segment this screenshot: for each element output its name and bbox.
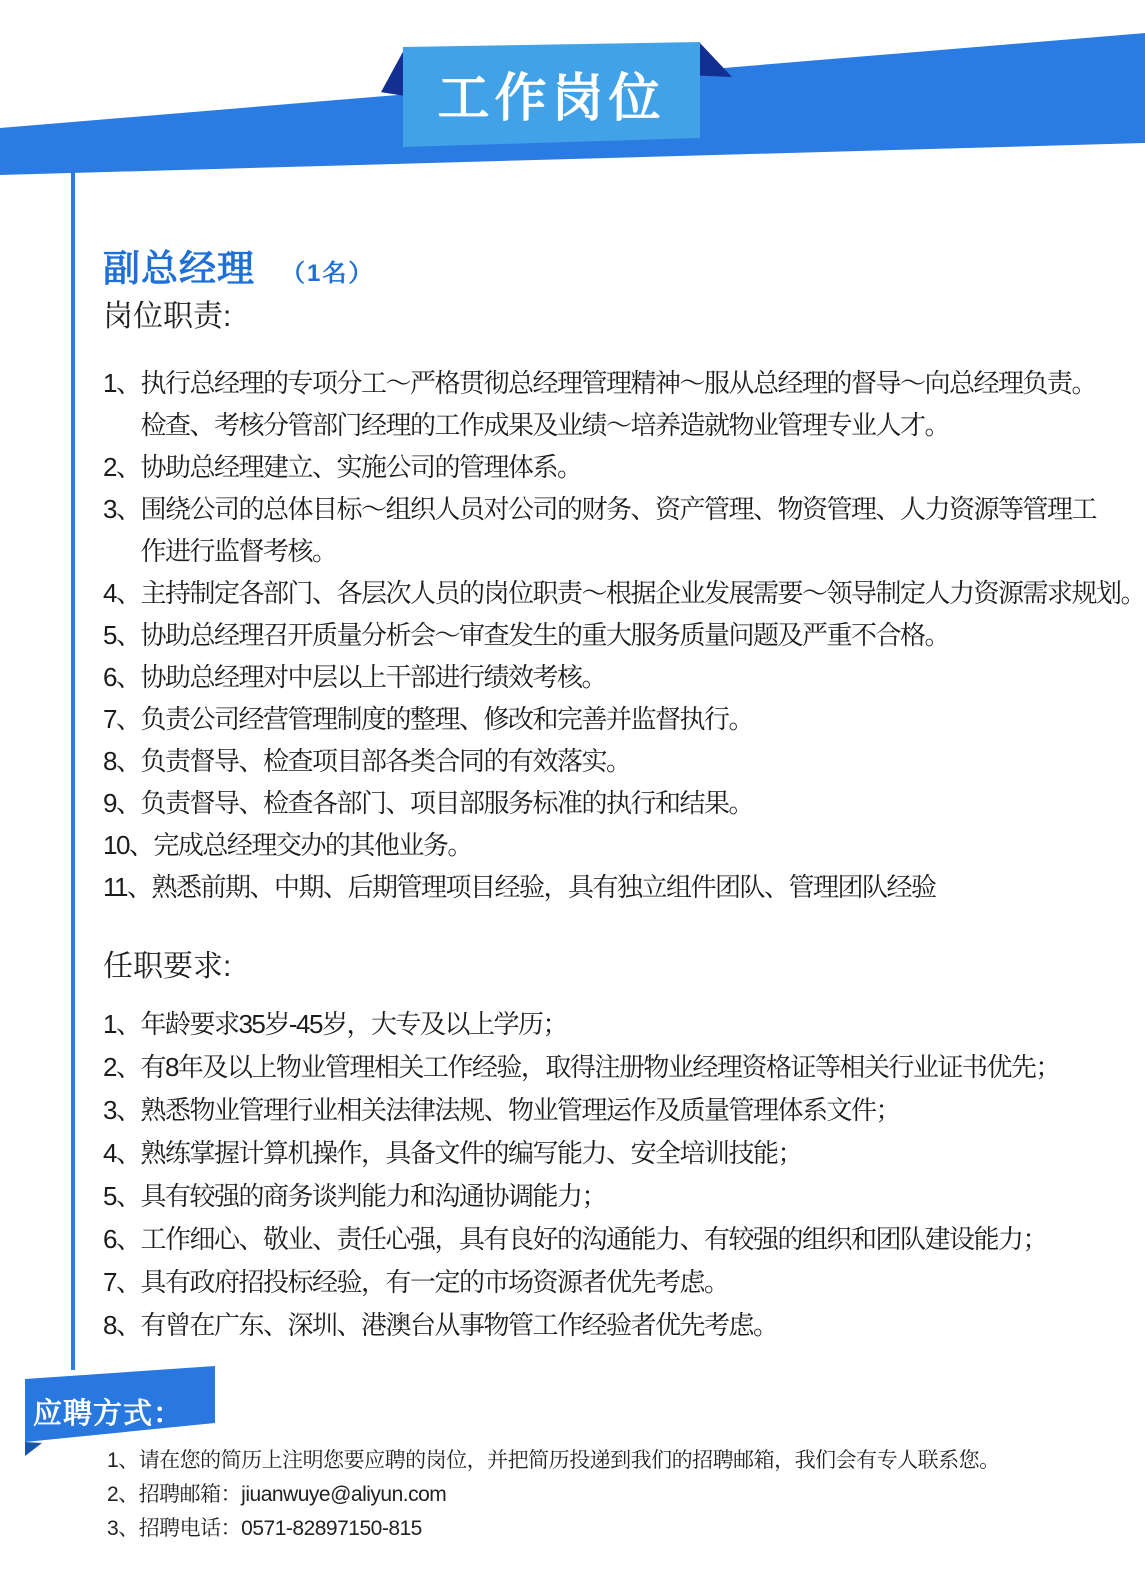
item-text: 主持制定各部门、各层次人员的岗位职责～根据企业发展需要～领导制定人力资源需求规划… (140, 572, 1115, 614)
item-text: 负责公司经营管理制度的整理、修改和完善并监督执行。 (140, 698, 1115, 740)
requirement-item: 5、 具有较强的商务谈判能力和沟通协调能力； (103, 1175, 1115, 1218)
requirement-item: 4、 熟练掌握计算机操作，具备文件的编写能力、安全培训技能； (103, 1132, 1115, 1175)
item-text: 熟悉物业管理行业相关法律法规、物业管理运作及质量管理体系文件； (140, 1089, 1115, 1132)
item-text: 熟悉前期、中期、后期管理项目经验，具有独立组件团队、管理团队经验 (152, 866, 1116, 908)
item-text: 具有较强的商务谈判能力和沟通协调能力； (140, 1175, 1115, 1218)
item-number: 3、 (103, 488, 140, 530)
requirement-item: 1、 年龄要求35岁-45岁，大专及以上学历； (103, 1003, 1115, 1046)
job-title-row: 副总经理 （1名） (103, 238, 1115, 280)
responsibility-item: 4、 主持制定各部门、各层次人员的岗位职责～根据企业发展需要～领导制定人力资源需… (103, 572, 1115, 614)
item-text: 工作细心、敬业、责任心强，具有良好的沟通能力、有较强的组织和团队建设能力； (140, 1218, 1115, 1261)
text-line: 负责公司经营管理制度的整理、修改和完善并监督执行。 (140, 698, 1115, 740)
item-text: 协助总经理召开质量分析会～审查发生的重大服务质量问题及严重不合格。 (140, 614, 1115, 656)
text-line: 协助总经理对中层以上干部进行绩效考核。 (140, 656, 1115, 698)
text-line: 负责督导、检查项目部各类合同的有效落实。 (140, 740, 1115, 782)
item-number: 3、 (107, 1512, 139, 1546)
item-number: 3、 (103, 1089, 140, 1132)
text-line: 围绕公司的总体目标～组织人员对公司的财务、资产管理、物资管理、人力资源等管理工 (140, 488, 1115, 530)
responsibility-item: 5、 协助总经理召开质量分析会～审查发生的重大服务质量问题及严重不合格。 (103, 614, 1115, 656)
item-number: 8、 (103, 1304, 140, 1347)
item-text: 熟练掌握计算机操作，具备文件的编写能力、安全培训技能； (140, 1132, 1115, 1175)
text-line: 年龄要求35岁-45岁，大专及以上学历； (140, 1003, 1115, 1046)
text-line: 有8年及以上物业管理相关工作经验，取得注册物业经理资格证等相关行业证书优先； (140, 1046, 1115, 1089)
text-line: 负责督导、检查各部门、项目部服务标准的执行和结果。 (140, 782, 1115, 824)
item-number: 8、 (103, 740, 140, 782)
text-line: 执行总经理的专项分工～严格贯彻总经理管理精神～服从总经理的督导～向总经理负责。 (140, 362, 1115, 404)
item-number: 1、 (103, 362, 140, 404)
item-number: 7、 (103, 1261, 140, 1304)
job-headcount: （1名） (281, 253, 374, 288)
requirements-heading: 任职要求: (103, 948, 1115, 986)
responsibility-item: 8、 负责督导、检查项目部各类合同的有效落实。 (103, 740, 1115, 782)
text-line: 招聘电话：0571-82897150-815 (139, 1512, 1117, 1546)
banner-title: 工作岗位 (437, 56, 665, 131)
text-line: 熟悉前期、中期、后期管理项目经验，具有独立组件团队、管理团队经验 (152, 866, 1116, 908)
apply-note-item: 1、 请在您的简历上注明您要应聘的岗位，并把简历投递到我们的招聘邮箱，我们会有专… (107, 1444, 1117, 1478)
responsibilities-heading: 岗位职责: (103, 298, 1115, 336)
item-text: 协助总经理建立、实施公司的管理体系。 (140, 446, 1115, 488)
responsibility-item: 2、 协助总经理建立、实施公司的管理体系。 (103, 446, 1115, 488)
text-line: 有曾在广东、深圳、港澳台从事物管工作经验者优先考虑。 (140, 1304, 1115, 1347)
item-text: 招聘电话：0571-82897150-815 (139, 1512, 1117, 1546)
text-line: 招聘邮箱：jiuanwuye@aliyun.com (139, 1478, 1117, 1512)
item-text: 具有政府招投标经验，有一定的市场资源者优先考虑。 (140, 1261, 1115, 1304)
text-line: 作进行监督考核。 (140, 530, 1115, 572)
banner-title-box: 工作岗位 (403, 42, 700, 148)
apply-method-label: 应聘方式： (25, 1391, 183, 1432)
item-number: 2、 (103, 446, 140, 488)
item-text: 完成总经理交办的其他业务。 (153, 824, 1115, 866)
text-line: 协助总经理建立、实施公司的管理体系。 (140, 446, 1115, 488)
responsibilities-list: 1、 执行总经理的专项分工～严格贯彻总经理管理精神～服从总经理的督导～向总经理负… (103, 362, 1115, 908)
requirement-item: 7、 具有政府招投标经验，有一定的市场资源者优先考虑。 (103, 1261, 1115, 1304)
item-number: 10、 (103, 824, 153, 866)
main-content: 副总经理 （1名） 岗位职责: 1、 执行总经理的专项分工～严格贯彻总经理管理精… (103, 238, 1115, 1347)
item-text: 请在您的简历上注明您要应聘的岗位，并把简历投递到我们的招聘邮箱，我们会有专人联系… (139, 1444, 1117, 1478)
text-line: 请在您的简历上注明您要应聘的岗位，并把简历投递到我们的招聘邮箱，我们会有专人联系… (139, 1444, 1117, 1478)
item-text: 有曾在广东、深圳、港澳台从事物管工作经验者优先考虑。 (140, 1304, 1115, 1347)
text-line: 具有政府招投标经验，有一定的市场资源者优先考虑。 (140, 1261, 1115, 1304)
responsibility-item: 7、 负责公司经营管理制度的整理、修改和完善并监督执行。 (103, 698, 1115, 740)
item-number: 11、 (103, 866, 152, 908)
text-line: 工作细心、敬业、责任心强，具有良好的沟通能力、有较强的组织和团队建设能力； (140, 1218, 1115, 1261)
item-number: 1、 (107, 1444, 139, 1478)
requirement-item: 8、 有曾在广东、深圳、港澳台从事物管工作经验者优先考虑。 (103, 1304, 1115, 1347)
item-number: 4、 (103, 572, 140, 614)
banner-fold-left (381, 48, 405, 96)
item-number: 5、 (103, 614, 140, 656)
responsibility-item: 11、 熟悉前期、中期、后期管理项目经验，具有独立组件团队、管理团队经验 (103, 866, 1115, 908)
item-text: 负责督导、检查各部门、项目部服务标准的执行和结果。 (140, 782, 1115, 824)
apply-note-item: 2、 招聘邮箱：jiuanwuye@aliyun.com (107, 1478, 1117, 1512)
responsibility-item: 9、 负责督导、检查各部门、项目部服务标准的执行和结果。 (103, 782, 1115, 824)
item-text: 有8年及以上物业管理相关工作经验，取得注册物业经理资格证等相关行业证书优先； (140, 1046, 1115, 1089)
requirement-item: 6、 工作细心、敬业、责任心强，具有良好的沟通能力、有较强的组织和团队建设能力； (103, 1218, 1115, 1261)
text-line: 完成总经理交办的其他业务。 (153, 824, 1115, 866)
apply-note-item: 3、 招聘电话：0571-82897150-815 (107, 1512, 1117, 1546)
text-line: 熟练掌握计算机操作，具备文件的编写能力、安全培训技能； (140, 1132, 1115, 1175)
item-text: 执行总经理的专项分工～严格贯彻总经理管理精神～服从总经理的督导～向总经理负责。检… (140, 362, 1115, 446)
responsibility-item: 1、 执行总经理的专项分工～严格贯彻总经理管理精神～服从总经理的督导～向总经理负… (103, 362, 1115, 446)
item-number: 9、 (103, 782, 140, 824)
item-number: 2、 (103, 1046, 140, 1089)
responsibility-item: 10、 完成总经理交办的其他业务。 (103, 824, 1115, 866)
requirement-item: 2、 有8年及以上物业管理相关工作经验，取得注册物业经理资格证等相关行业证书优先… (103, 1046, 1115, 1089)
item-number: 5、 (103, 1175, 140, 1218)
text-line: 主持制定各部门、各层次人员的岗位职责～根据企业发展需要～领导制定人力资源需求规划… (140, 572, 1115, 614)
item-number: 2、 (107, 1478, 139, 1512)
text-line: 熟悉物业管理行业相关法律法规、物业管理运作及质量管理体系文件； (140, 1089, 1115, 1132)
item-number: 7、 (103, 698, 140, 740)
job-title: 副总经理 (103, 238, 255, 292)
item-text: 负责督导、检查项目部各类合同的有效落实。 (140, 740, 1115, 782)
text-line: 具有较强的商务谈判能力和沟通协调能力； (140, 1175, 1115, 1218)
item-text: 招聘邮箱：jiuanwuye@aliyun.com (139, 1478, 1117, 1512)
item-number: 6、 (103, 656, 140, 698)
responsibility-item: 3、 围绕公司的总体目标～组织人员对公司的财务、资产管理、物资管理、人力资源等管… (103, 488, 1115, 572)
left-accent-line (71, 170, 75, 1370)
job-poster-page: 工作岗位 副总经理 （1名） 岗位职责: 1、 执行总经理的专项分工～严格贯彻总… (0, 0, 1145, 1592)
item-number: 6、 (103, 1218, 140, 1261)
requirements-list: 1、 年龄要求35岁-45岁，大专及以上学历； 2、 有8年及以上物业管理相关工… (103, 1003, 1115, 1347)
item-number: 4、 (103, 1132, 140, 1175)
item-text: 围绕公司的总体目标～组织人员对公司的财务、资产管理、物资管理、人力资源等管理工作… (140, 488, 1115, 572)
item-text: 年龄要求35岁-45岁，大专及以上学历； (140, 1003, 1115, 1046)
apply-notes-list: 1、 请在您的简历上注明您要应聘的岗位，并把简历投递到我们的招聘邮箱，我们会有专… (107, 1444, 1117, 1546)
text-line: 检查、考核分管部门经理的工作成果及业绩～培养造就物业管理专业人才。 (140, 404, 1115, 446)
item-text: 协助总经理对中层以上干部进行绩效考核。 (140, 656, 1115, 698)
requirement-item: 3、 熟悉物业管理行业相关法律法规、物业管理运作及质量管理体系文件； (103, 1089, 1115, 1132)
text-line: 协助总经理召开质量分析会～审查发生的重大服务质量问题及严重不合格。 (140, 614, 1115, 656)
item-number: 1、 (103, 1003, 140, 1046)
responsibility-item: 6、 协助总经理对中层以上干部进行绩效考核。 (103, 656, 1115, 698)
